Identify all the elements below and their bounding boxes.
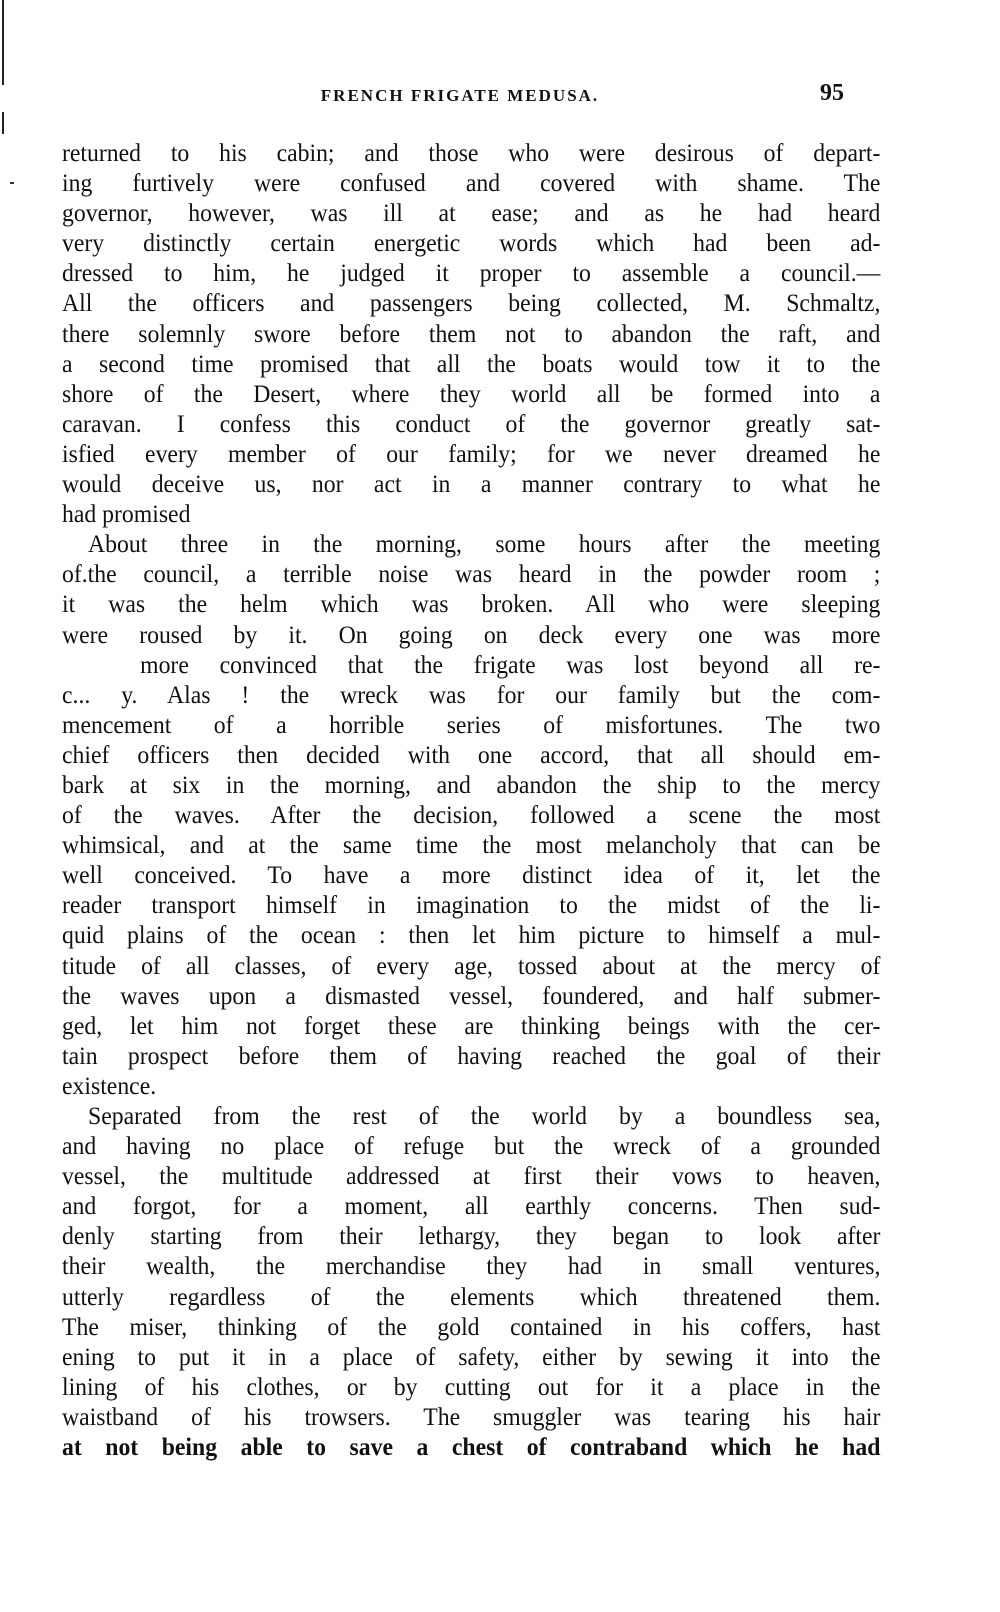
text-line: of.the council, a terrible noise was hea… <box>62 559 880 589</box>
body-text: returned to his cabin; and those who wer… <box>62 138 823 1462</box>
text-line: well conceived. To have a more distinct … <box>62 860 880 890</box>
text-line: tain prospect before them of having reac… <box>62 1041 880 1071</box>
text-line: bark at six in the morning, and abandon … <box>62 770 880 800</box>
text-line: would deceive us, nor act in a manner co… <box>62 469 880 499</box>
text-line: vessel, the multitude addressed at first… <box>62 1161 880 1191</box>
text-line: ged, let him not forget these are thinki… <box>62 1011 880 1041</box>
text-line: ening to put it in a place of safety, ei… <box>62 1342 880 1372</box>
text-line: waistband of his trowsers. The smuggler … <box>62 1402 880 1432</box>
text-line: were roused by it. On going on deck ever… <box>62 620 880 650</box>
running-head: FRENCH FRIGATE MEDUSA. <box>240 86 680 106</box>
scan-edge-mark <box>2 0 4 85</box>
text-line: and having no place of refuge but the wr… <box>62 1131 880 1161</box>
text-line: of the waves. After the decision, follow… <box>62 800 880 830</box>
text-line: All the officers and passengers being co… <box>62 288 880 318</box>
text-line: the waves upon a dismasted vessel, found… <box>62 981 880 1011</box>
text-line: utterly regardless of the elements which… <box>62 1282 880 1312</box>
paragraph-start-line: Separated from the rest of the world by … <box>62 1101 880 1131</box>
text-line: quid plains of the ocean : then let him … <box>62 920 880 950</box>
text-line: had promised <box>62 499 880 529</box>
text-line: The miser, thinking of the gold containe… <box>62 1312 880 1342</box>
text-line: chief officers then decided with one acc… <box>62 740 880 770</box>
text-line: lining of his clothes, or by cutting out… <box>62 1372 880 1402</box>
text-line: returned to his cabin; and those who wer… <box>62 138 880 168</box>
text-line: it was the helm which was broken. All wh… <box>62 589 880 619</box>
text-line: denly starting from their lethargy, they… <box>62 1221 880 1251</box>
text-line: dressed to him, he judged it proper to a… <box>62 258 880 288</box>
text-line: there solemnly swore before them not to … <box>62 319 880 349</box>
text-line: whimsical, and at the same time the most… <box>62 830 880 860</box>
text-line: governor, however, was ill at ease; and … <box>62 198 880 228</box>
text-line: isfied every member of our family; for w… <box>62 439 880 469</box>
text-line: more convinced that the frigate was lost… <box>62 650 880 680</box>
text-line: reader transport himself in imagination … <box>62 890 880 920</box>
text-line: ing furtively were confused and covered … <box>62 168 880 198</box>
text-line: shore of the Desert, where they world al… <box>62 379 880 409</box>
text-line: their wealth, the merchandise they had i… <box>62 1251 880 1281</box>
text-line: caravan. I confess this conduct of the g… <box>62 409 880 439</box>
page-number: 95 <box>820 80 844 107</box>
text-line: at not being able to save a chest of con… <box>62 1432 880 1462</box>
text-line: c... y. Alas ! the wreck was for our fam… <box>62 680 880 710</box>
text-line: mencement of a horrible series of misfor… <box>62 710 880 740</box>
text-line: and forgot, for a moment, all earthly co… <box>62 1191 880 1221</box>
paragraph-start-line: About three in the morning, some hours a… <box>62 529 880 559</box>
text-line: very distinctly certain energetic words … <box>62 228 880 258</box>
scan-speck <box>10 182 14 184</box>
text-line: titude of all classes, of every age, tos… <box>62 951 880 981</box>
text-line: existence. <box>62 1071 880 1101</box>
text-line: a second time promised that all the boat… <box>62 349 880 379</box>
scan-edge-mark <box>2 112 4 134</box>
